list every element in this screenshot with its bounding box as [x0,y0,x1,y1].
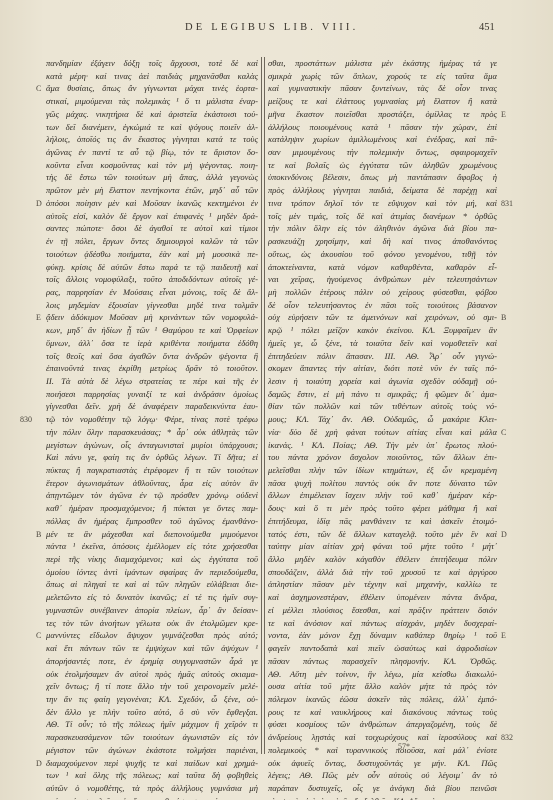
text-line: ὁμοίου ἰόντες ἀντὶ ἱμάντων σφαίρας ἂν πε… [46,566,258,579]
text-line: δους· καὶ ὅ τι μὲν πρὸς τοῦτο φέρει μάθη… [268,502,497,515]
column-divider-rule [261,57,265,754]
text-line: χεῖν ὄντως; ἢ τί ποτε ἄλλο τὴν τοῦ χειρο… [46,680,258,693]
text-line: οὐκ ἀφυεῖς ὄντας, δυστυχοῦντάς γε μήν. Κ… [268,757,497,770]
text-line: τε καὶ βολαῖς ὡς ἐγγύτατα τῶν ἀληθῶν χρω… [268,159,497,172]
text-line: ἐπιτηδεύειν πόλιν ἅπασαν. III. ΑΘ. Ἆρ᾽ ο… [268,350,497,363]
text-line: πρῶτον μὲν μὴ ἔλαττον πεντήκοντα ἐτῶν, μ… [46,184,258,197]
text-line: ρας, παρρησίαν ἐν Μούσαις εἶναι μόνοις, … [46,286,258,299]
text-line: μους; ΚΛ. Τάχ᾽ ἄν. ΑΘ. Οὐδαμῶς, ὦ μακάρι… [268,413,497,426]
text-line: πᾶσα ψυχὴ πολίτου παντὸς οὐκ ἄν ποτε δύν… [268,477,497,490]
text-line: νοντα, ἐὰν μόνον ἔχῃ δύναμιν καθάπερ θηρ… [268,629,497,642]
text-line: πᾶσαν πάντως παρασχεῖν πλησμονήν. ΚΛ. Ὀρ… [268,655,497,668]
text-line: καὶ ἀσχημονεστέραν, ἐθέλειν ὑπομένειν πά… [268,591,497,604]
text-line: τοιούτων ᾀδέσθω ποιήματα, ἐὰν καὶ μὴ μου… [46,248,258,261]
running-title: DE LEGIBUS LIB. VIII. [185,22,385,33]
text-line: ΑΘ. Αὕτη μὲν τοίνυν, ἣν λέγω, μία κείσθω… [268,668,497,681]
text-line: παράπαν δυστυχεῖς, οἷς γε ἀνάγκη διὰ βίο… [268,782,497,795]
text-line: ἡμεῖς γε, ὦ ξένε, τὰ τοιαῦτα δεῖν καὶ νο… [268,337,497,350]
text-line: μελεῖσθαι πλὴν τῶν ἰδίων κτημάτων, ἐξ ὧν… [268,464,497,477]
text-line: ἄλλο μηδὲν καλὸν κἀγαθὸν ἐθέλειν ἐπιτήδε… [268,553,497,566]
text-line: ἐπιτήδευμα, ἰδίᾳ πᾶς μανθάνειν τε καὶ ἀσ… [268,515,497,528]
text-line: καὶ ἔτι πάντων τῶν τε ἐμψύχων καὶ τῶν ἀψ… [46,642,258,655]
text-line: ἀνδρείους λῃστὰς καὶ τοιχωρύχους καὶ ἱερ… [268,731,497,744]
text-line: ταύτην μίαν αἰτίαν χρὴ φάναι τοῦ μήτε το… [268,540,497,553]
text-line: ὁπόσοι ποίησιν μὲν καὶ Μοῦσαν ἱκανῶς κεκ… [46,197,258,210]
text-line: τε καὶ ἀνόσιον καὶ πάντως αἰσχράν, μηδὲν… [268,617,497,630]
text-line: στικαί, μιμούμεναι τὰς πολεμικὰς ¹ ὅ τι … [46,95,258,108]
text-line: των ¹ καὶ ὅλης τῆς πόλεως; καὶ ταῦτα δὴ … [46,769,258,782]
text-line: φαίνηταί τισι γελοῖα, οὐκ ἄρα νομοθετήσε… [46,795,258,800]
text-line: ἄλλων ἐπιμέλειαν ἴσχειν πλὴν τοῦ καθ᾽ ἡμ… [268,489,497,502]
text-line: ἱκανάς. ¹ ΚΛ. Ποίας; ΑΘ. Τὴν μὲν ὑπ᾽ ἔρω… [268,439,497,452]
margin-mark-right: C [501,428,506,437]
text-line: πόλεμον ἱκανῶς ἐῶσα ἀσκεῖν τὰς πόλεις, ἀ… [268,693,497,706]
text-line: τοῖς θεοῖς καὶ ὅσα ἀγαθῶν ὄντα ἀνδρῶν ψέ… [46,350,258,363]
margin-mark-right: B [501,313,506,322]
text-line: ποιήσεσι παρρησίας γυναιξί τε καὶ ἀνδράσ… [46,388,258,401]
text-line: πολεμικοὺς * καὶ τυραννικοὺς ποιοῦσα, κα… [268,744,497,757]
text-line: τοῖς ἄλλοις νομοφύλαξι, τοῦτο ἀποδιδόντω… [46,273,258,286]
text-line: γῶς μάχας. νικητήρια δὲ καὶ ἀριστεῖα ἑκά… [46,108,258,121]
text-line: μῆνα ἕκαστον ποιεῖσθαι προστάξει, ὁμίλλα… [268,108,497,121]
text-line: θίαν τῶν πολλῶν καὶ τῶν τιθέντων αὐτοῖς … [268,400,497,413]
text-line: μὴ πολλῶν ἑτέρους πάλιν οὐ χείρους φύσεσ… [268,286,497,299]
text-line: οὕτως, ὡς ἀκουσίου τοῦ φόνου γενομένου, … [268,248,497,261]
text-line: ἐπαινοῦντά τινας ἐκρίθη μετρίως δρᾶν τὸ … [46,362,258,375]
text-line: ἅμα θυσίαις, ὅπως ἂν γίγνωνται μάχαι τιν… [46,82,258,95]
margin-mark-left: B [36,530,41,539]
right-text-column: σθαι, προστάττων μάλιστα μὲν ἑκάστης ἡμέ… [268,57,497,800]
text-line: κατάληψιν χωρίων ἁμιλλωμένους καὶ ἐνέδρα… [268,133,497,146]
text-line: μείζους τε καὶ ἐλάττους γυμνασίας μὴ ἔλα… [268,95,497,108]
text-line: τινα τρόπον δηλοῖ τόν τε εὔψυχον καὶ τὸν… [268,197,497,210]
text-line: πανδημίαν ἐξάγειν δόξῃ τοῖς ἄρχουσι, τοτ… [46,57,258,70]
text-line: πρὸς ἀλλήλους γίγνηται παιδιά, δείματα δ… [268,184,497,197]
text-line: σαν μιμουμένους τὴν πολεμικὴν ὄντως, σφα… [268,146,497,159]
margin-mark-right: 832 [501,733,513,742]
text-line: ἐν τῇ πόλει, ἔργων ὄντες δημιουργοὶ καλῶ… [46,235,258,248]
text-line: ἀποκτείναντα, κατὰ νόμον καθαρθέντα, καθ… [268,261,497,274]
text-line: ἀπῃντῶμεν τὸν ἀγῶνα ἐν τῷ πρόσθεν χρόνῳ … [46,489,258,502]
text-line: φύσει κοσμίους τῶν ἀνθρώπων ἀπεργαζομένη… [268,718,497,731]
text-line: οὐκ ἐτολμήσαμεν ἂν αὐτοὶ πρὸς ἡμᾶς αὐτοὺ… [46,668,258,681]
text-line: σκομεν ἅπαντες τὴν αἰτίαν, διότι ποτὲ νῦ… [268,362,497,375]
margin-mark-left: D [36,199,42,208]
text-line: φαγεῖν παντοδαπὰ καὶ πιεῖν ὡσαύτως καὶ ἀ… [268,642,497,655]
text-line: σμικρὰ χωρὶς τῶν ὅπλων, χορούς τε εἰς τα… [268,70,497,83]
left-text-column: πανδημίαν ἐξάγειν δόξῃ τοῖς ἄρχουσι, τοτ… [46,57,258,800]
text-line: τατός ἐστι, τῶν δὲ ἄλλων καταγελᾷ. τοῦτο… [268,528,497,541]
text-line: ἀπληστίαν πᾶσαν μὲν τέχνην καὶ μηχανήν, … [268,578,497,591]
text-line: παρασκευασάμενον τῶν τοιούτων ἀγωνιστῶν … [46,731,258,744]
signature-mark: 57* [398,742,410,751]
text-line: των δεῖ διανέμειν, ἐγκώμιά τε καὶ ψόγους… [46,121,258,134]
text-line: τοῖς μὲν τιμάς, τοῖς δὲ καὶ ἀτιμίας διαν… [268,210,497,223]
text-line: οὐχ εὑρήσειν τῶν τε ἀμεινόνων καὶ χειρόν… [268,311,497,324]
margin-mark-left: C [36,631,41,640]
text-line: τὴν ψυχὴν ἀεὶ τὴν αὑτῶν διεξελθεῖν; ΚΛ. … [268,795,497,800]
text-line: την ἄν τις φαίη γεγονέναι; ΚΛ. Σχεδόν, ὦ… [46,693,258,706]
text-line: λέγεις; ΑΘ. Πῶς μὲν οὖν αὐτοὺς οὐ λέγοιμ… [268,769,497,782]
text-line: αὑτοῖς εἰσί, καλὸν δὲ ἔργον καὶ ἐπιφανὲς… [46,210,258,223]
text-line: πύκτας ἢ παγκρατιαστὰς ἐτρέφομεν ἤ τι τῶ… [46,464,258,477]
text-line: μαννύντες εἴδωλον ἄψυχον γυμνάζεσθαι πρὸ… [46,629,258,642]
text-line: δὲν ἄλλο γε πλὴν τοῦτο αὐτό, ὃ σὺ νῦν ἔφ… [46,706,258,719]
book-page: DE LEGIBUS LIB. VIII. 451 πανδημίαν ἐξάγ… [0,0,553,800]
text-line: ρασκευάζῃ χρησίμην, καὶ δὴ καί τινος ἀπο… [268,235,497,248]
text-line: δὲ οἷον τελευτήσαντος ἐν πᾶσι τοῖς τοιού… [268,299,497,312]
text-line: τῷ τὸν νομοθέτην τῷ λόγῳ· Φέρε, τίνας πο… [46,413,258,426]
text-line: πάντα ¹ ἐκεῖνα, ὁπόσοις ἐμέλλομεν εἰς τό… [46,540,258,553]
text-line: ὅπως αἱ πληγαί τε καὶ αἱ τῶν πληγῶν εὐλά… [46,578,258,591]
margin-mark-right: E [501,631,506,640]
text-line: ρους τε καὶ ναυκλήρους καὶ διακόνους πάν… [268,706,497,719]
text-line: σαντες πώποτε· ὅσοι δὲ ἀγαθοί τε αὐτοὶ κ… [46,222,258,235]
text-line: του πάντα χρόνον ἄσχολον ποιοῦντος, τῶν … [268,451,497,464]
text-line: τὴς δὲ ἔστω τῶν τοιούτων μὴ ἅπας, ἀλλὰ γ… [46,171,258,184]
text-line: αὐτῶν ὁ νομοθέτης, τὰ πρὸς ἀλλήλους γυμν… [46,782,258,795]
text-line: ᾄδειν ἀδόκιμον Μοῦσαν μὴ κρινάντων τῶν ν… [46,311,258,324]
text-line: κοῦντα εἶναι κοσμοῦντας καὶ τὸν μὴ ψέγον… [46,159,258,172]
margin-mark-right: E [501,110,506,119]
text-line: περὶ τῆς νίκης διαμαχόμενοι; καὶ ὡς ἐγγύ… [46,553,258,566]
text-line: κρῷ ¹ πόλει μεῖζον κακὸν ἐκείνου. ΚΛ. Ξυ… [268,324,497,337]
text-line: λήλοις, ὁποῖός τις ἂν ἕκαστος γίγνηται κ… [46,133,258,146]
margin-mark-left: E [36,313,41,322]
text-line: λοις μηδεμίαν ἐξουσίαν γίγνεσθαι μηδέ τι… [46,299,258,312]
margin-mark-left: D [36,759,42,768]
page-number: 451 [479,22,495,33]
text-line: τὴν πόλιν ὅλην εἰς τὸν ἀληθινὸν ἀγῶνα δι… [268,222,497,235]
margin-mark-left: C [36,84,41,93]
text-line: ὑποκινδύνοις βέλεσιν, ὅπως μὴ παντάπασιν… [268,171,497,184]
text-line: Καὶ πάνυ γε, φαίη τις ἂν ὀρθῶς λέγων. Τί… [46,451,258,464]
text-line: ναι χεῖρας, ἡγούμενος ἀνθρώπων μὲν τελευ… [268,273,497,286]
text-line: καθ᾽ ἡμέραν προσμαχόμενοι; ἢ πύκται γε ὄ… [46,502,258,515]
text-line: ὕμνων, ἀλλ᾽ ὅσα τε ἱερὰ κριθέντα ποιήματ… [46,337,258,350]
text-line: ἕτερον ἀγωνισμάτων ἀθλοῦντας, ἆρα εἰς αὐ… [46,477,258,490]
text-line: τὴν πόλιν ὅλην παρασκευάσας; * ἆρ᾽ οὐκ ἀ… [46,426,258,439]
text-line: διαμαχούμενον περὶ ψυχῆς τε καὶ παίδων κ… [46,757,258,770]
text-line: κων, μηδ᾽ ἂν ἡδίων ᾖ τῶν ¹ Θαμύρου τε κα… [46,324,258,337]
text-line: λεσιν ἡ τοιαύτη χορεία καὶ ἀγωνία σχεδὸν… [268,375,497,388]
text-line: σπουδάζειν, ἀλλὰ διὰ τὴν τοῦ χρυσοῦ τε κ… [268,566,497,579]
text-line: νία· δύο δὲ χρὴ φάναι τούτων αἰτίας εἶνα… [268,426,497,439]
text-line: ἀλλήλους ποιουμένους κατὰ ¹ πᾶσαν τὴν χώ… [268,121,497,134]
text-line: εἰ μέλλει πλούσιος ἔσεσθαι, καὶ πρᾶξιν π… [268,604,497,617]
text-line: πόλλας ἂν ἡμέρας ἔμπροσθεν τοῦ ἀγῶνος ἐμ… [46,515,258,528]
text-line: τες τὸν τῶν ἀνοήτων γέλωτα οὐκ ἂν ἐτολμῶ… [46,617,258,630]
margin-mark-left: 830 [20,415,32,424]
margin-mark-right: 831 [501,199,513,208]
text-line: γίγνεσθαι δεῖν. χρὴ δὲ ἀναφέρειν παραδει… [46,400,258,413]
text-line: μέγιστον τῶν ἀγώνων ἑκάστοτε τολμήσει πα… [46,744,258,757]
text-line: ουσα αἰτία τοῦ μήτε ἄλλο καλὸν μήτε τὰ π… [268,680,497,693]
text-line: ΑΘ. Τί οὖν; τὸ τῆς πόλεως ἡμῖν μάχιμον ἢ… [46,718,258,731]
text-line: II. Τὰ αὐτὰ δὲ λέγω στρατείας τε πέρι κα… [46,375,258,388]
text-line: ἀγῶνας ἐν παντί τε αὖ τῷ βίῳ, τόν τε ἄρι… [46,146,258,159]
text-line: καὶ γυμναστικὴν πᾶσαν ξυντείνων, τὰς δὲ … [268,82,497,95]
text-line: δαμῶς ἔστιν, εἰ μὴ πάνυ τι σμικρᾶς; ἢ φῶ… [268,388,497,401]
text-line: σθαι, προστάττων μάλιστα μὲν ἑκάστης ἡμέ… [268,57,497,70]
text-line: κατὰ μέρη· καί τινας ἀεὶ παιδιὰς μηχανᾶσ… [46,70,258,83]
text-line: φύκῃ. κρίσις δὲ αὐτῶν ἔστω παρά τε τῷ πα… [46,261,258,274]
margin-mark-right: D [501,530,507,539]
text-line: μεγίστων ἀγώνων, οἷς ἀνταγωνισταὶ μυρίοι… [46,439,258,452]
text-line: ἀπορήσαντές ποτε, ἐν ἐρημίᾳ συγγυμναστῶν… [46,655,258,668]
text-line: μέν τε ἂν μάχεσθαι καὶ διεπονούμεθα μιμο… [46,528,258,541]
text-line: γυμναστῶν συνέβαινεν ἀπορία πλείων, ἆρ᾽ … [46,604,258,617]
text-line: μελετῶντο εἰς τὸ δυνατὸν ἱκανῶς; εἰ τέ τ… [46,591,258,604]
